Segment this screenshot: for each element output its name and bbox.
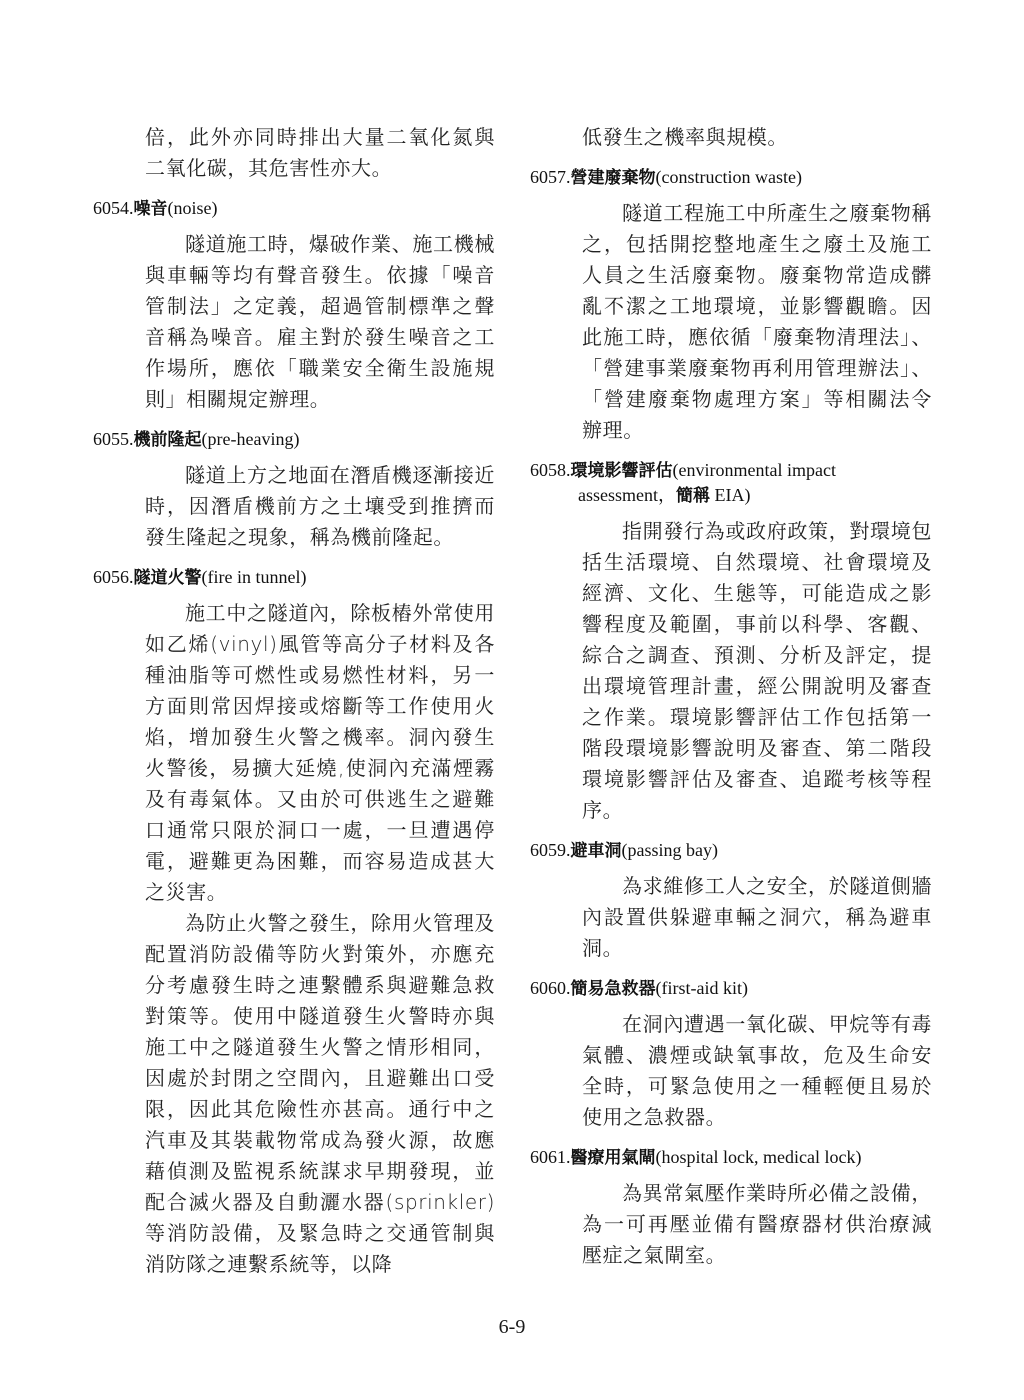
entry-number: 6055. <box>93 429 134 449</box>
entry-heading: 6056.隧道火警(fire in tunnel) <box>93 565 495 590</box>
term-english: (pre-heaving) <box>202 429 300 449</box>
glossary-entry-6056: 6056.隧道火警(fire in tunnel) 施工中之隧道內，除板樁外常使… <box>93 565 495 1280</box>
entry-number: 6057. <box>530 167 571 187</box>
term-chinese: 隧道火警 <box>134 568 202 588</box>
glossary-entry-6054: 6054.噪音(noise) 隧道施工時，爆破作業、施工機械與車輛等均有聲音發生… <box>93 196 495 415</box>
continuation-text: 低發生之機率與規模。 <box>530 122 932 153</box>
paragraph: 指開發行為或政府政策，對環境包括生活環境、自然環境、社會環境及經濟、文化、生態等… <box>530 516 932 826</box>
entry-heading: 6054.噪音(noise) <box>93 196 495 221</box>
entry-body: 指開發行為或政府政策，對環境包括生活環境、自然環境、社會環境及經濟、文化、生態等… <box>530 516 932 826</box>
entry-body: 為異常氣壓作業時所必備之設備，為一可再壓並備有醫療器材供治療減壓症之氣閘室。 <box>530 1178 932 1271</box>
entry-number: 6060. <box>530 978 571 998</box>
entry-body: 隧道上方之地面在潛盾機逐漸接近時，因潛盾機前方之土壤受到推擠而發生隆起之現象，稱… <box>93 460 495 553</box>
paragraph: 為異常氣壓作業時所必備之設備，為一可再壓並備有醫療器材供治療減壓症之氣閘室。 <box>530 1178 932 1271</box>
paragraph: 在洞內遭遇一氧化碳、甲烷等有毒氣體、濃煙或缺氧事故，危及生命安全時，可緊急使用之… <box>530 1009 932 1133</box>
glossary-entry-6055: 6055.機前隆起(pre-heaving) 隧道上方之地面在潛盾機逐漸接近時，… <box>93 427 495 553</box>
entry-body: 在洞內遭遇一氧化碳、甲烷等有毒氣體、濃煙或缺氧事故，危及生命安全時，可緊急使用之… <box>530 1009 932 1133</box>
entry-number: 6054. <box>93 198 134 218</box>
glossary-entry-6061: 6061.醫療用氣閘(hospital lock, medical lock) … <box>530 1145 932 1271</box>
entry-heading: 6055.機前隆起(pre-heaving) <box>93 427 495 452</box>
right-column: 低發生之機率與規模。 6057.營建廢棄物(construction waste… <box>530 122 932 1281</box>
term-chinese: 營建廢棄物 <box>571 168 656 188</box>
paragraph: 隧道施工時，爆破作業、施工機械與車輛等均有聲音發生。依據「噪音管制法」之定義，超… <box>93 229 495 415</box>
page-number: 6-9 <box>0 1316 1024 1339</box>
term-chinese: 簡易急救器 <box>571 979 656 999</box>
term-english-cont: assessment， <box>578 485 676 505</box>
term-english: (first-aid kit) <box>656 978 748 998</box>
term-english: (construction waste) <box>656 167 802 187</box>
left-column: 倍，此外亦同時排出大量二氧化氮與二氧化碳，其危害性亦大。 6054.噪音(noi… <box>93 122 495 1290</box>
glossary-entry-6057: 6057.營建廢棄物(construction waste) 隧道工程施工中所產… <box>530 165 932 446</box>
continuation-text: 倍，此外亦同時排出大量二氧化氮與二氧化碳，其危害性亦大。 <box>93 122 495 184</box>
entry-number: 6056. <box>93 567 134 587</box>
entry-number: 6061. <box>530 1147 571 1167</box>
entry-heading: 6061.醫療用氣閘(hospital lock, medical lock) <box>530 1145 932 1170</box>
entry-body: 施工中之隧道內，除板樁外常使用如乙烯(vinyl)風管等高分子材料及各種油脂等可… <box>93 598 495 1280</box>
paragraph: 施工中之隧道內，除板樁外常使用如乙烯(vinyl)風管等高分子材料及各種油脂等可… <box>93 598 495 908</box>
entry-number: 6058. <box>530 460 571 480</box>
paragraph: 為求維修工人之安全，於隧道側牆內設置供躲避車輛之洞穴，稱為避車洞。 <box>530 871 932 964</box>
entry-heading: 6058.環境影響評估(environmental impact assessm… <box>530 458 932 508</box>
term-chinese: 避車洞 <box>571 841 622 861</box>
term-abbrev: EIA) <box>710 485 750 505</box>
entry-body: 為求維修工人之安全，於隧道側牆內設置供躲避車輛之洞穴，稱為避車洞。 <box>530 871 932 964</box>
term-abbrev-label: 簡稱 <box>676 486 710 506</box>
heading-line-2: assessment，簡稱 EIA) <box>530 483 932 508</box>
glossary-entry-6059: 6059.避車洞(passing bay) 為求維修工人之安全，於隧道側牆內設置… <box>530 838 932 964</box>
term-chinese: 機前隆起 <box>134 430 202 450</box>
entry-body: 隧道工程施工中所產生之廢棄物稱之，包括開挖整地產生之廢土及施工人員之生活廢棄物。… <box>530 198 932 446</box>
term-chinese: 醫療用氣閘 <box>571 1148 656 1168</box>
paragraph: 隧道工程施工中所產生之廢棄物稱之，包括開挖整地產生之廢土及施工人員之生活廢棄物。… <box>530 198 932 446</box>
term-english: (fire in tunnel) <box>202 567 307 587</box>
glossary-entry-6058: 6058.環境影響評估(environmental impact assessm… <box>530 458 932 826</box>
term-english: (hospital lock, medical lock) <box>656 1147 862 1167</box>
term-english: (passing bay) <box>622 840 718 860</box>
term-english: (noise) <box>168 198 218 218</box>
term-chinese: 噪音 <box>134 199 168 219</box>
entry-heading: 6059.避車洞(passing bay) <box>530 838 932 863</box>
entry-heading: 6057.營建廢棄物(construction waste) <box>530 165 932 190</box>
entry-number: 6059. <box>530 840 571 860</box>
paragraph: 隧道上方之地面在潛盾機逐漸接近時，因潛盾機前方之土壤受到推擠而發生隆起之現象，稱… <box>93 460 495 553</box>
entry-body: 隧道施工時，爆破作業、施工機械與車輛等均有聲音發生。依據「噪音管制法」之定義，超… <box>93 229 495 415</box>
glossary-entry-6060: 6060.簡易急救器(first-aid kit) 在洞內遭遇一氧化碳、甲烷等有… <box>530 976 932 1133</box>
paragraph: 為防止火警之發生，除用火管理及配置消防設備等防火對策外，亦應充分考慮發生時之連繫… <box>93 908 495 1280</box>
term-chinese: 環境影響評估 <box>571 461 673 481</box>
entry-heading: 6060.簡易急救器(first-aid kit) <box>530 976 932 1001</box>
term-english: (environmental impact <box>673 460 836 480</box>
